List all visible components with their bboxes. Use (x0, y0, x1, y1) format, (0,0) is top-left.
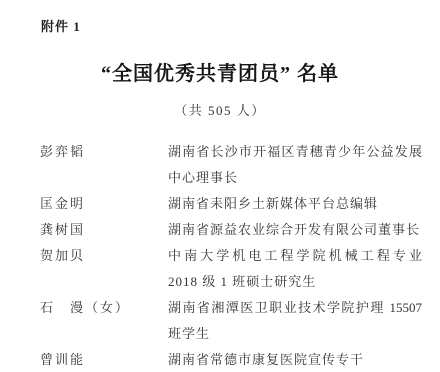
roster-entry: 石 漫（女） 湖南省湘潭医卫职业技术学院护理 15507 班学生 (40, 295, 422, 347)
document-page: 附件 1 “全国优秀共青团员” 名单 （共 505 人） 彭弈韬 湖南省长沙市开… (0, 0, 440, 372)
affiliation-line: 湖南省常德市康复医院宣传专干 (168, 347, 422, 372)
member-affiliation: 湖南省长沙市开福区青穗青少年公益发展 中心理事长 (168, 139, 422, 191)
member-name: 匡金明 (40, 191, 168, 217)
document-subtitle: （共 505 人） (0, 100, 440, 119)
roster-entry: 曾训能 湖南省常德市康复医院宣传专干 (40, 347, 422, 372)
member-affiliation: 湖南省耒阳乡土新媒体平台总编辑 (168, 191, 422, 217)
affiliation-line: 湖南省耒阳乡土新媒体平台总编辑 (168, 191, 422, 217)
affiliation-line: 中南大学机电工程学院机械工程专业 (168, 243, 422, 269)
member-affiliation: 湖南省源益农业综合开发有限公司董事长 (168, 217, 422, 243)
member-name: 龚树国 (40, 217, 168, 243)
affiliation-line: 湖南省长沙市开福区青穗青少年公益发展 (168, 139, 422, 165)
affiliation-line: 中心理事长 (168, 165, 422, 191)
member-affiliation: 中南大学机电工程学院机械工程专业 2018 级 1 班硕士研究生 (168, 243, 422, 295)
affiliation-line: 班学生 (168, 321, 422, 347)
roster-entry: 匡金明 湖南省耒阳乡土新媒体平台总编辑 (40, 191, 422, 217)
document-title: “全国优秀共青团员” 名单 (0, 57, 440, 86)
member-name: 贺加贝 (40, 243, 168, 269)
roster-list: 彭弈韬 湖南省长沙市开福区青穗青少年公益发展 中心理事长 匡金明 湖南省耒阳乡土… (40, 139, 422, 372)
roster-entry: 龚树国 湖南省源益农业综合开发有限公司董事长 (40, 217, 422, 243)
member-affiliation: 湖南省湘潭医卫职业技术学院护理 15507 班学生 (168, 295, 422, 347)
affiliation-line: 湖南省湘潭医卫职业技术学院护理 15507 (168, 295, 422, 321)
member-name: 彭弈韬 (40, 139, 168, 165)
member-name: 曾训能 (40, 347, 168, 372)
attachment-label: 附件 1 (41, 16, 81, 35)
member-affiliation: 湖南省常德市康复医院宣传专干 (168, 347, 422, 372)
roster-entry: 彭弈韬 湖南省长沙市开福区青穗青少年公益发展 中心理事长 (40, 139, 422, 191)
affiliation-line: 湖南省源益农业综合开发有限公司董事长 (168, 217, 422, 243)
roster-entry: 贺加贝 中南大学机电工程学院机械工程专业 2018 级 1 班硕士研究生 (40, 243, 422, 295)
member-name: 石 漫（女） (40, 295, 168, 321)
affiliation-line: 2018 级 1 班硕士研究生 (168, 269, 422, 295)
